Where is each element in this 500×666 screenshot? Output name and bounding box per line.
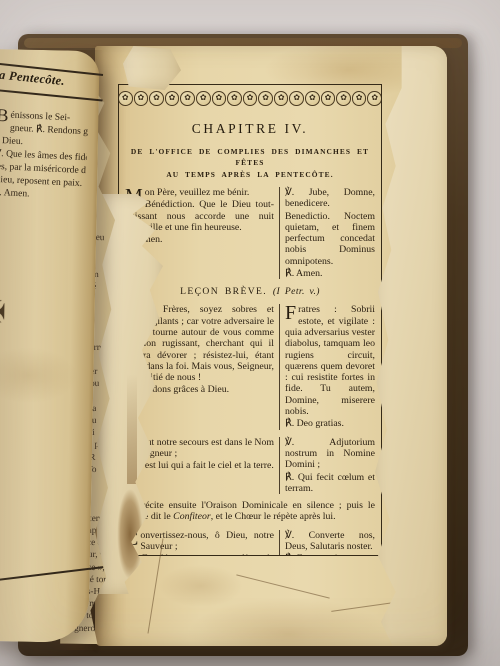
torn-paper-overlay-right xyxy=(375,46,447,646)
rubric-text: , et le Chœur le répète après lui. xyxy=(211,511,336,522)
chapter-subtitle: DE L'OFFICE DE COMPLIES DES DIMANCHES ET… xyxy=(125,146,375,180)
lesson-heading-ref: (I Petr. v.) xyxy=(273,286,320,297)
lesson-heading: LEÇON BRÈVE. (I Petr. v.) xyxy=(125,286,375,297)
chapter-heading: CHAPITRE IV. xyxy=(125,121,375,137)
section-opening: Mon Père, veuillez me bénir. Bénédiction… xyxy=(125,187,375,279)
paragraph: ℟. Deo gratias. xyxy=(285,418,375,429)
rubric-paragraph: On récite ensuite l'Oraison Dominicale e… xyxy=(125,500,375,523)
rosette-stamp-icon: ✿ xyxy=(196,91,211,106)
paragraph: Fratres : Sobrii estote, et vigilate : q… xyxy=(285,304,375,417)
rosette-stamp-icon: ✿ xyxy=(289,91,304,106)
rosette-stamp-icon: ✿ xyxy=(274,91,289,106)
paragraph: ℟. C'est lui qui a fait le ciel et la te… xyxy=(125,460,274,471)
lesson-heading-title: LEÇON BRÈVE. xyxy=(180,286,267,297)
column-latin: Fratres : Sobrii estote, et vigilate : q… xyxy=(279,304,375,429)
cross-ornament-icon: ✠ xyxy=(0,295,6,330)
left-page-lines: Bénissons le Sei-gneur. ℟. Rendons grâce… xyxy=(0,108,89,203)
paper-crack xyxy=(236,574,329,598)
rosette-stamp-icon: ✿ xyxy=(180,91,195,106)
rosette-stamp-icon: ✿ xyxy=(258,91,273,106)
paragraph: Benedictio. Noctem quietam, et finem per… xyxy=(285,211,375,267)
rosette-stamp-icon: ✿ xyxy=(352,91,367,106)
paragraph: ℣. Adjutorium nostrum in Nomine Domini ; xyxy=(285,437,375,471)
paragraph: ℟. Et averte iram tuam a nobis. xyxy=(285,553,375,556)
section-lesson: Mes Frères, soyez sobres et vigilants ; … xyxy=(125,304,375,429)
ornament-band: ✿✿✿✿✿✿✿✿✿✿✿✿✿✿✿✿✿ xyxy=(125,91,375,106)
column-latin: ℣. Converte nos, Deus, Salutaris noster.… xyxy=(279,530,375,556)
rosette-stamp-icon: ✿ xyxy=(227,91,242,106)
book-photo-scene: ✿✿✿✿✿✿✿✿✿✿✿✿✿✿✿✿✿ CHAPITRE IV. DE L'OFFI… xyxy=(0,0,500,666)
rosette-stamp-icon: ✿ xyxy=(134,91,149,106)
rosette-stamp-icon: ✿ xyxy=(212,91,227,106)
column-french: Convertissez-nous, ô Dieu, notre Sauveur… xyxy=(125,530,279,556)
left-page: la Pentecôte. Bénissons le Sei-gneur. ℟.… xyxy=(0,49,100,643)
main-page: ✿✿✿✿✿✿✿✿✿✿✿✿✿✿✿✿✿ CHAPITRE IV. DE L'OFFI… xyxy=(95,46,447,646)
column-latin: ℣. Adjutorium nostrum in Nomine Domini ;… xyxy=(279,437,375,494)
chapter-subtitle-line1: DE L'OFFICE DE COMPLIES DES DIMANCHES ET… xyxy=(125,146,375,169)
paragraph: Mon Père, veuillez me bénir. xyxy=(125,187,274,198)
paragraph: ℟. Et détournez votre colère de dessus n… xyxy=(125,553,274,556)
paragraph: ℣. Converte nos, Deus, Salutaris noster. xyxy=(285,530,375,553)
rosette-stamp-icon: ✿ xyxy=(165,91,180,106)
section-versicles: ℣. Tout notre secours est dans le Nom du… xyxy=(125,437,375,494)
rosette-stamp-icon: ✿ xyxy=(243,91,258,106)
paragraph: Convertissez-nous, ô Dieu, notre Sauveur… xyxy=(125,530,274,553)
rosette-stamp-icon: ✿ xyxy=(305,91,320,106)
rosette-stamp-icon: ✿ xyxy=(321,91,336,106)
rosette-stamp-icon: ✿ xyxy=(336,91,351,106)
footer-rule xyxy=(0,566,103,583)
chapter-subtitle-line2: AU TEMPS APRÈS LA PENTECÔTE. xyxy=(125,169,375,180)
rosette-stamp-icon: ✿ xyxy=(149,91,164,106)
rosette-stamp-icon: ✿ xyxy=(118,91,133,106)
column-latin: ℣. Jube, Domne, benedicere. Benedictio. … xyxy=(279,187,375,279)
rubric-italic-word: Confiteor xyxy=(173,511,211,522)
paragraph: ℣. Jube, Domne, benedicere. xyxy=(285,187,375,210)
paragraph: ℟. Qui fecit cœlum et terram. xyxy=(285,472,375,495)
rosette-stamp-icon: ✿ xyxy=(367,91,382,106)
paragraph: ℟. Amen. xyxy=(285,268,375,279)
